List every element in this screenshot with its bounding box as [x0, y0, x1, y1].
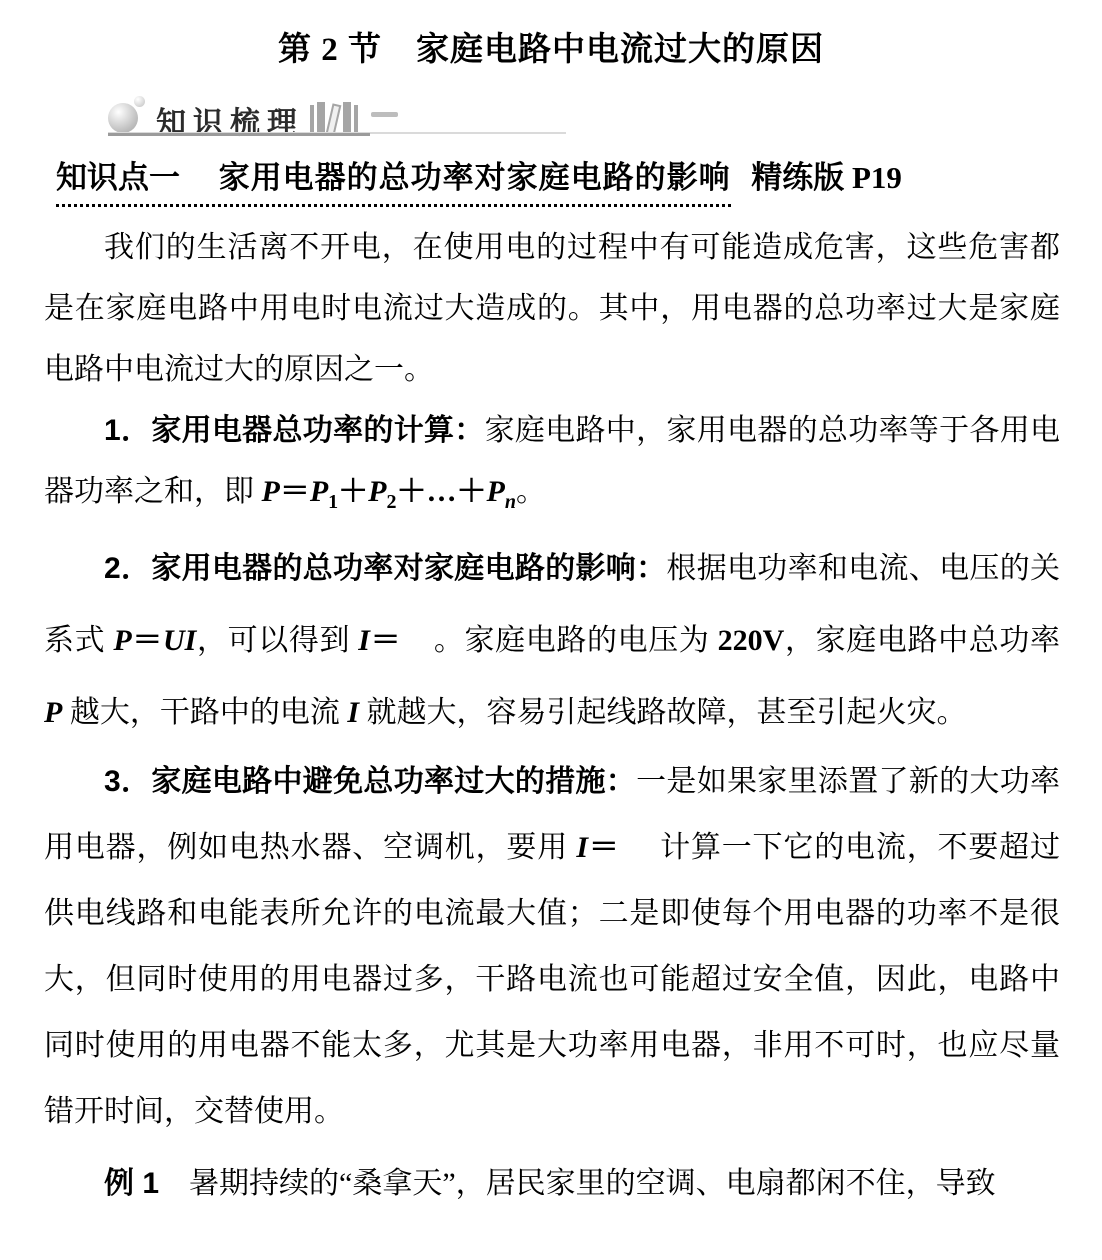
text-run: 我们的生活离不开电，在使用电的过程中有可能造成危害，这些危害都是在家庭电路中用电…: [44, 231, 1060, 386]
document-page: 第 2 节 家庭电路中电流过大的原因 知识梳理 知识点一 家用电器的总功率对家庭…: [0, 0, 1102, 1260]
example-1: 例 1 暑期持续的“桑拿天”，居民家里的空调、电扇都闲不住，导致: [44, 1153, 1060, 1214]
text-run: 220V: [718, 624, 785, 657]
text-run: 例 1: [104, 1167, 159, 1200]
book-bar: [310, 105, 314, 135]
banner-underline: [108, 133, 370, 136]
knowledge-point-heading: 知识点一 家用电器的总功率对家庭电路的影响 精练版 P19: [56, 158, 1062, 207]
intro-paragraph: 我们的生活离不开电，在使用电的过程中有可能造成危害，这些危害都是在家庭电路中用电…: [44, 217, 1060, 400]
text-run: ，家庭电路中总功率: [784, 624, 1060, 657]
text-run: I: [576, 831, 588, 864]
knowledge-review-banner: 知识梳理: [108, 96, 1102, 144]
text-run: P: [486, 475, 504, 508]
knowledge-point-title: 家用电器的总功率对家庭电路的影响: [219, 160, 731, 195]
book-bar: [343, 102, 351, 135]
text-run: 。家庭电路的电压为: [433, 624, 717, 657]
text-run: P: [368, 475, 386, 508]
text-run: ＋…＋: [396, 475, 486, 508]
knowledge-point-ref: 精练版 P19: [751, 160, 902, 195]
text-run: ＝: [280, 475, 310, 508]
text-run: 。: [516, 475, 546, 508]
text-run: ，可以得到: [196, 624, 358, 657]
text-run: 1: [328, 491, 338, 513]
text-run: 3．家庭电路中避免总功率过大的措施：: [104, 765, 636, 798]
page-title: 第 2 节 家庭电路中电流过大的原因: [0, 0, 1102, 72]
book-bar: [317, 102, 325, 135]
text-run: 就越大，容易引起线路故障，甚至引起火灾。: [359, 696, 967, 729]
knowledge-point-label: 知识点一: [56, 160, 180, 195]
text-run: ＋: [338, 475, 368, 508]
text-run: P: [310, 475, 328, 508]
knowledge-point-underlined: 知识点一 家用电器的总功率对家庭电路的影响: [56, 158, 731, 207]
small-bubble-icon: [134, 96, 145, 107]
text-run: ＝: [588, 831, 620, 864]
text-run: I: [347, 696, 359, 729]
book-bar: [354, 105, 358, 135]
text-run: ＝: [370, 624, 401, 657]
text-run: UI: [163, 624, 196, 657]
body-content: 我们的生活离不开电，在使用电的过程中有可能造成危害，这些危害都是在家庭电路中用电…: [44, 217, 1060, 1214]
text-run: P: [262, 475, 280, 508]
leaning-book-bar: [326, 103, 342, 135]
item-2-influence: 2．家用电器的总功率对家庭电路的影响：根据电功率和电流、电压的关系式 P＝UI，…: [44, 533, 1060, 749]
text-run: 暑期持续的“桑拿天”，居民家里的空调、电扇都闲不住，导致: [159, 1167, 996, 1200]
text-run: 计算一下它的电流，不要超过供电线路和电能表所允许的电流最大值；二是即使每个用电器…: [44, 831, 1060, 1128]
text-run: I: [358, 624, 370, 657]
text-run: ＝: [132, 624, 163, 657]
dash-icon: [371, 112, 398, 117]
text-run: P: [113, 624, 131, 657]
text-run: n: [505, 491, 516, 513]
text-run: P: [44, 696, 62, 729]
item-3-measures: 3．家庭电路中避免总功率过大的措施：一是如果家里添置了新的大功率用电器，例如电热…: [44, 749, 1060, 1145]
bubble-icon: [108, 103, 138, 133]
text-run: 2: [386, 491, 396, 513]
books-icon: [310, 102, 370, 135]
text-run: 越大，干路中的电流: [62, 696, 347, 729]
text-run: 1．家用电器总功率的计算：: [104, 414, 485, 447]
text-run: 2．家用电器的总功率对家庭电路的影响：: [104, 552, 666, 585]
item-1-calculation: 1．家用电器总功率的计算：家庭电路中，家用电器的总功率等于各用电器功率之和，即 …: [44, 400, 1060, 533]
